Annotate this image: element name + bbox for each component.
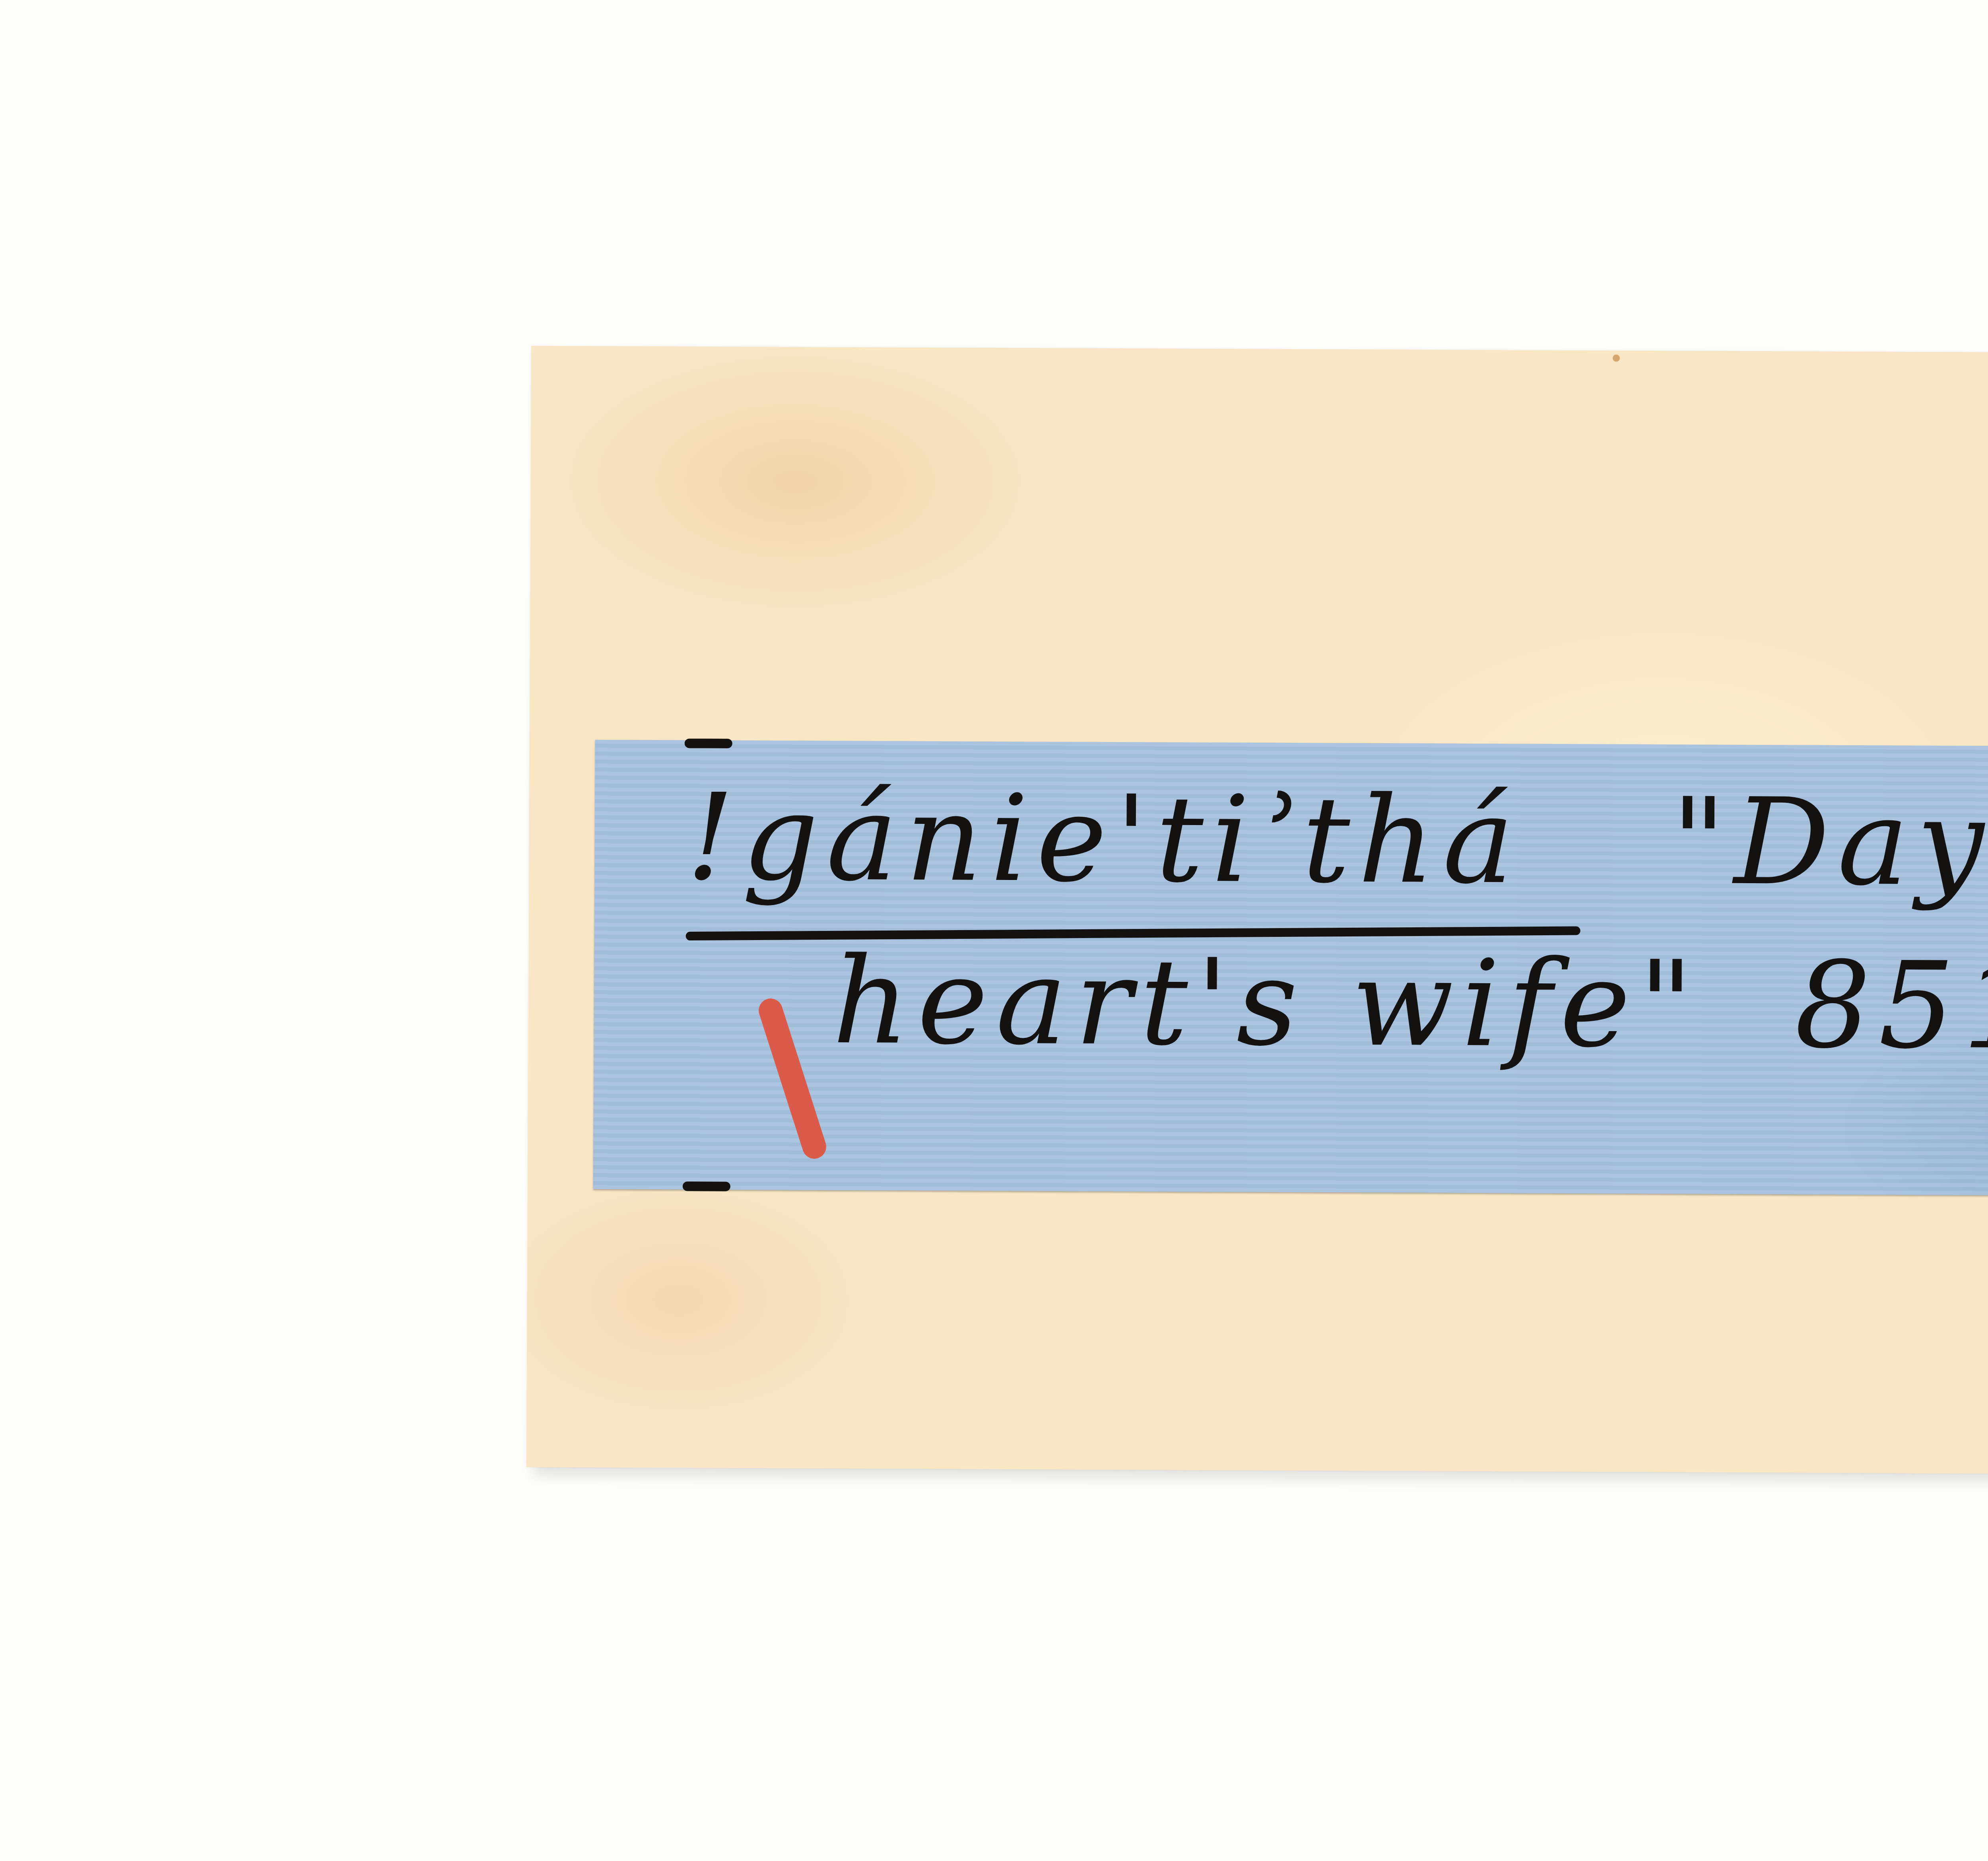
foxing-spot xyxy=(1613,355,1620,362)
ink-edge-mark xyxy=(685,738,732,748)
red-crayon-mark xyxy=(756,995,829,1162)
entry-word: !gánie'tiʾthá xyxy=(686,768,1522,910)
ink-edge-mark xyxy=(683,1181,730,1191)
gloss-start: "Day's xyxy=(1671,772,1988,913)
page-reference: 851,11; xyxy=(1794,936,1988,1077)
handwritten-line-2: heart's wife" 851,11; xyxy=(832,932,1988,1077)
backing-card: !gánie'tiʾthá "Day's heart's wife" 851,1… xyxy=(526,346,1988,1476)
gloss-end: heart's wife" xyxy=(832,932,1701,1074)
handwritten-line-1: !gánie'tiʾthá "Day's xyxy=(686,768,1988,913)
blue-paper-slip: !gánie'tiʾthá "Day's heart's wife" 851,1… xyxy=(593,740,1988,1197)
